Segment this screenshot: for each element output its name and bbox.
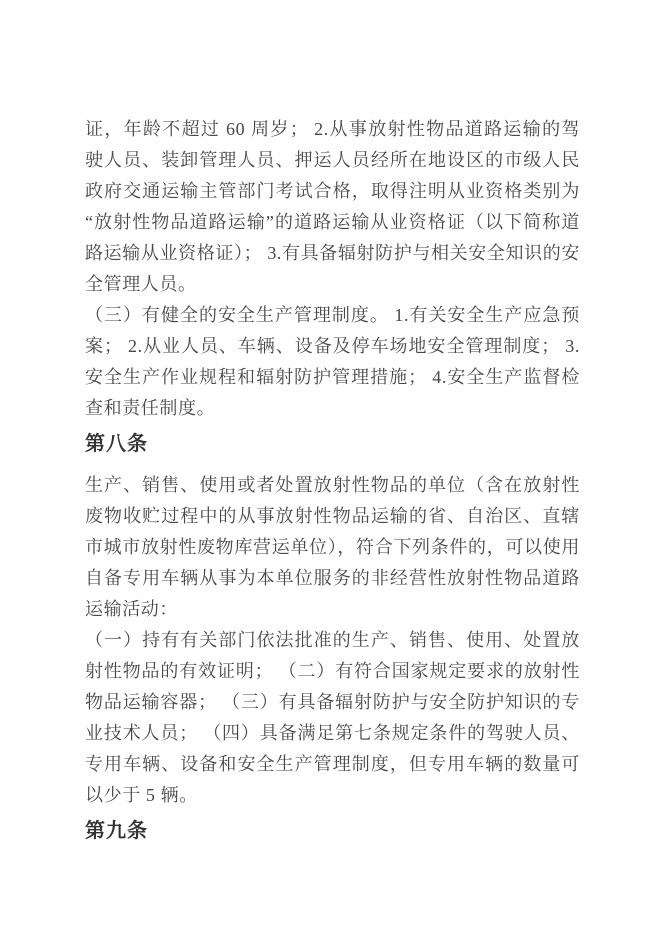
paragraph-qualification-continuation: 证，年龄不超过 60 周岁； 2.从事放射性物品道路运输的驾驶人员、装卸管理人员… <box>85 114 580 300</box>
paragraph-article-8-conditions: （一）持有有关部门依法批准的生产、销售、使用、处置放射性物品的有效证明； （二）… <box>85 625 580 811</box>
document-page: 证，年龄不超过 60 周岁； 2.从事放射性物品道路运输的驾驶人员、装卸管理人员… <box>0 0 662 936</box>
article-heading-8: 第八条 <box>85 432 580 457</box>
paragraph-article-8-intro: 生产、销售、使用或者处置放射性物品的单位（含在放射性废物收贮过程中的从事放射性物… <box>85 470 580 625</box>
paragraph-safety-management-systems: （三）有健全的安全生产管理制度。 1.有关安全生产应急预案； 2.从业人员、车辆… <box>85 300 580 424</box>
article-heading-9: 第九条 <box>85 819 580 844</box>
